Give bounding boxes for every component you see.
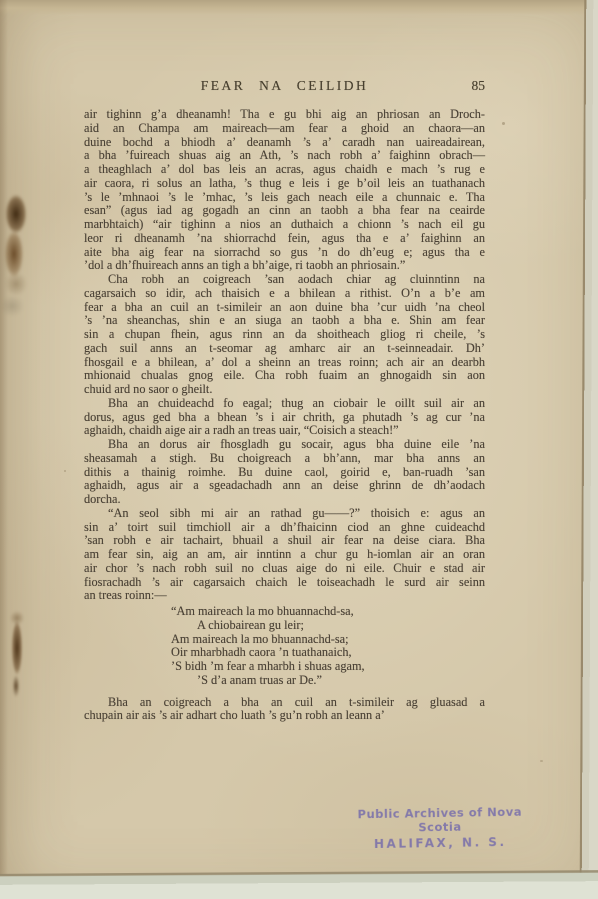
text-line: cagarsaich so idir, ach thaisich e a bhi… — [84, 287, 485, 301]
scanned-book-page: FEAR NA CEILIDH 85 air tighinn g’a dhean… — [0, 0, 598, 899]
text-line: sheasamah a stigh. Bu choigreach a bh’an… — [84, 452, 485, 466]
text-line: air tighinn g’a dheanamh! Tha e gu bhi a… — [84, 108, 485, 122]
text-line: Bha an dorus air fhosgladh gu socair, ag… — [84, 438, 485, 452]
text-line: gach suil anns an t-seomar ag amharc air… — [84, 342, 485, 356]
text-line: sin a’ toirt suil timchioll air a dh’fha… — [84, 521, 485, 535]
archive-stamp: Public Archives of Nova Scotia HALIFAX, … — [338, 804, 543, 851]
text-line: esan” (agus iad ag gogadh an cinn an tao… — [84, 204, 485, 218]
text-line: ’S d’a anam truas ar De.” — [171, 674, 485, 688]
paragraph: air tighinn g’a dheanamh! Tha e gu bhi a… — [84, 108, 485, 273]
text-line: am fear sin, aig an am, air inntinn a ch… — [84, 548, 485, 562]
binding-stain-lower — [2, 606, 36, 710]
text-line: dithis a thainig roimhe. Bu duine caol, … — [84, 466, 485, 480]
text-line: an treas roinn:— — [84, 589, 485, 603]
text-line: aghaidh, chaidh aige air a radh an treas… — [84, 424, 485, 438]
stamp-line1: Public Archives of Nova Scotia — [338, 804, 542, 835]
stamp-line2: HALIFAX, N. S. — [338, 834, 542, 851]
text-line: Am maireach la mo bhuannachd-sa; — [171, 633, 485, 647]
text-line: air caora, ri solus an latha, ’s thug e … — [84, 177, 485, 191]
text-line: fear a bha an cuil an t-simileir an aon … — [84, 301, 485, 315]
text-line: ’dol a dh’fhuireach anns an tigh a bh’ai… — [84, 259, 485, 273]
paragraph: Bha an dorus air fhosgladh gu socair, ag… — [84, 438, 485, 507]
text-line: A chiobairean gu leir; — [171, 619, 485, 633]
text-line: aid an Champa am maireach—am fear a ghoi… — [84, 122, 485, 136]
page-right-edge — [580, 0, 598, 881]
text-line: air chor ’s nach robh suil no cluas aige… — [84, 562, 485, 576]
text-line: aite bha aig fear na siorrachd so gus ’n… — [84, 246, 485, 260]
page-number: 85 — [385, 78, 485, 94]
paper-speck — [64, 470, 66, 472]
text-line: Bha an coigreach a bha an cuil an t-simi… — [84, 696, 485, 710]
paragraph: Bha an coigreach a bha an cuil an t-simi… — [84, 696, 485, 724]
text-line: dorus, agus ged bha a bhean ’s i air chr… — [84, 411, 485, 425]
text-line: a bha ’fuireach shuas aig an Ath, ’s nac… — [84, 149, 485, 163]
paragraph: Cha robh an coigreach ’san aodach chiar … — [84, 273, 485, 397]
text-line: Cha robh an coigreach ’san aodach chiar … — [84, 273, 485, 287]
text-line: fiosrachadh ’s air cagarsaich chaich le … — [84, 576, 485, 590]
paragraph: “An seol sibh mi air an rathad gu——?” th… — [84, 507, 485, 603]
text-line: ’s le ’mhnaoi ’s le ’mhac, ’s leis gach … — [84, 191, 485, 205]
text-line: ’s ’na sheanchas, shin e an siuga an tao… — [84, 314, 485, 328]
page-bottom-edge — [0, 870, 598, 899]
text-line: ’san robh e air tachairt, bhuail a shuil… — [84, 534, 485, 548]
text-line: fhosgail e a bhilean, a’ dol a sheinn an… — [84, 356, 485, 370]
text-line: duine bochd a bhiodh a’ deanamh ’s a’ ca… — [84, 136, 485, 150]
text-line: marbhtaich) “air tighinn a nios an dutha… — [84, 218, 485, 232]
paragraph: Bha an chuideachd fo eagal; thug an ciob… — [84, 397, 485, 438]
text-line: Bha an chuideachd fo eagal; thug an ciob… — [84, 397, 485, 411]
page-left-edge — [0, 0, 8, 875]
page-body: air tighinn g’a dheanamh! Tha e gu bhi a… — [84, 108, 485, 723]
text-line: leor ri dheanamh ’na shiorrachd fein, ag… — [84, 232, 485, 246]
text-line: chupain air ais ’s air adhart cho luath … — [84, 709, 485, 723]
text-line: “Am maireach la mo bhuannachd-sa, — [171, 605, 485, 619]
paper-speck — [540, 760, 543, 762]
text-line: ’S bidh ’m fear a mharbh i shuas agam, — [171, 660, 485, 674]
text-line: aghaidh, agus air a sgeadachadh ann an d… — [84, 479, 485, 493]
text-line: mhionaid chualas gnog eile. Cha robh fua… — [84, 369, 485, 383]
page-top-edge — [0, 0, 598, 15]
paper-speck — [502, 122, 505, 125]
text-line: dorcha. — [84, 493, 485, 507]
text-line: “An seol sibh mi air an rathad gu——?” th… — [84, 507, 485, 521]
text-line: sin a chupan fhein, agus rinn an da shoi… — [84, 328, 485, 342]
binding-stain-upper — [0, 188, 42, 318]
text-line: a theaghlach a’ dol bas leis an acras, a… — [84, 163, 485, 177]
text-line: Oir mharbhadh caora ’n tuathanaich, — [171, 646, 485, 660]
text-line: chuid ard no saor o gheilt. — [84, 383, 485, 397]
verse-block: “Am maireach la mo bhuannachd-sa,A chiob… — [84, 605, 485, 688]
